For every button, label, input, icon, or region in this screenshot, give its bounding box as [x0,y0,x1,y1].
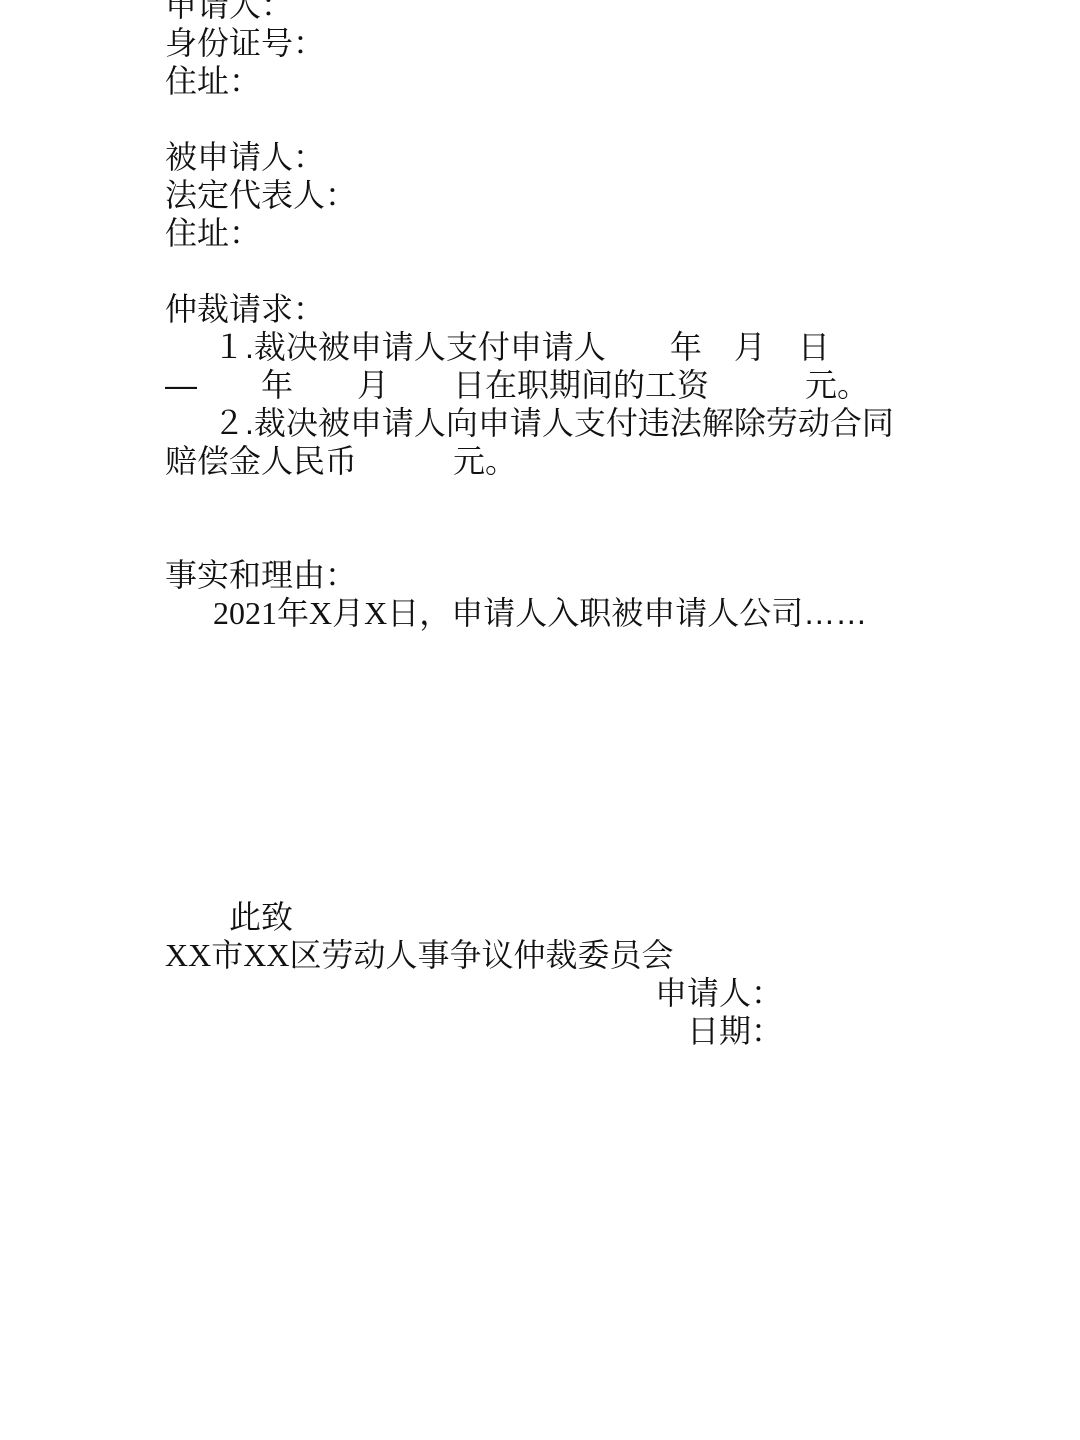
respondent-legal-representative-label: 法定代表人： [165,176,915,214]
facts-month-placeholder: X [309,595,332,631]
claims-heading: 仲裁请求： [165,290,915,328]
committee-city-char: 市 [211,937,243,973]
facts-year: 2021 [213,595,277,631]
committee-name: XX市XX区劳动人事争议仲裁委员会 [165,936,915,974]
blank-line [165,708,915,746]
blank-line [165,784,915,822]
blank-line [165,822,915,860]
facts-month-char: 月 [332,595,364,631]
respondent-address-label: 住址： [165,214,915,252]
facts-body: 2021年X月X日，申请人入职被申请人公司…… [165,594,915,632]
claim-item-2-line-2: 赔偿金人民币 元。 [165,442,915,480]
signature-applicant-label: 申请人： [165,974,915,1012]
committee-district-placeholder: XX [243,937,289,973]
blank-line [165,860,915,898]
applicant-address-label: 住址： [165,62,915,100]
claim-item-2-line-1: ２.裁决被申请人向申请人支付违法解除劳动合同 [165,404,915,442]
committee-city-placeholder: XX [165,937,211,973]
document-page: 申请人： 身份证号： 住址： 被申请人： 法定代表人： 住址： 仲裁请求： １.… [0,0,1080,1440]
blank-line [165,746,915,784]
facts-day-placeholder: X [364,595,387,631]
closing-salute: 此致 [165,898,915,936]
blank-line [165,480,915,518]
applicant-id-label: 身份证号： [165,24,915,62]
blank-line [165,670,915,708]
committee-name-text: 区劳动人事争议仲裁委员会 [289,937,673,973]
claim-item-1-line-1: １.裁决被申请人支付申请人 年 月 日 [165,328,915,366]
signature-date-label: 日期： [165,1012,915,1050]
blank-line [165,632,915,670]
claim-item-1-line-2: — 年 月 日在职期间的工资 元。 [165,366,915,404]
respondent-name-label: 被申请人： [165,138,915,176]
blank-line [165,518,915,556]
applicant-name-label: 申请人： [165,0,915,24]
facts-heading: 事实和理由： [165,556,915,594]
facts-body-text: 日，申请人入职被申请人公司…… [387,595,867,631]
blank-line [165,252,915,290]
facts-year-char: 年 [277,595,309,631]
arbitration-application-document: 申请人： 身份证号： 住址： 被申请人： 法定代表人： 住址： 仲裁请求： １.… [165,0,915,1050]
blank-line [165,100,915,138]
